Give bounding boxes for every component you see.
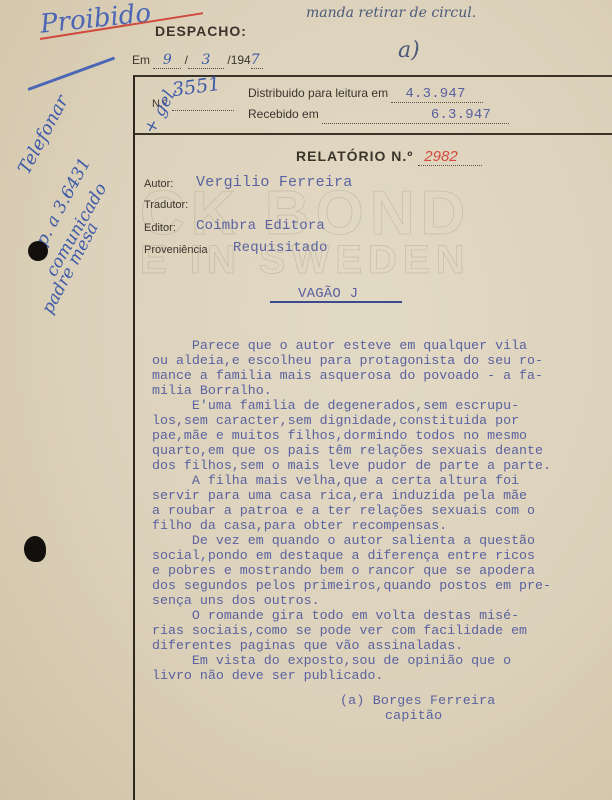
signature-name: (a) Borges Ferreira: [340, 693, 495, 708]
body-line: social,pondo em destaque a diferença ent…: [152, 548, 535, 563]
tradutor-label: Tradutor:: [144, 199, 188, 211]
body-line: servir para uma casa rica,era induzida p…: [152, 488, 527, 503]
recebido-date: 6.3.947: [431, 107, 491, 123]
body-line: livro não deve ser publicado.: [152, 668, 383, 683]
relatorio-number: 2982: [418, 148, 457, 165]
document-page: CK BOND E IN SWEDEN DESPACHO: Em 9 /3 /1…: [0, 0, 612, 800]
book-title-underline: [270, 301, 402, 303]
despacho-year-suffix: 7: [251, 52, 260, 68]
book-title: VAGÃO J: [298, 286, 358, 302]
em-label: Em: [132, 53, 150, 67]
despacho-date: Em 9 /3 /1947: [132, 52, 263, 69]
body-line: dos segundos pelos primeiros,quando post…: [152, 578, 551, 593]
form-rule-mid: [133, 133, 612, 135]
despacho-day: 9: [163, 52, 172, 68]
autor-label: Autor:: [144, 178, 173, 190]
body-line: e pobres e mostrando bem o rancor que se…: [152, 563, 535, 578]
despacho-label: DESPACHO:: [155, 23, 247, 39]
body-line: A filha mais velha,que a certa altura fo…: [152, 473, 519, 488]
handwritten-proibido: Proibido: [39, 0, 153, 40]
body-line: a roubar a patroa e a ter relações sexua…: [152, 503, 535, 518]
despacho-year-prefix: 194: [231, 53, 251, 67]
signature-rank: capitão: [385, 708, 442, 723]
body-line: pae,mãe e muitos filhos,dormindo todos n…: [152, 428, 527, 443]
body-line: filho da casa,para obter recompensas.: [152, 518, 447, 533]
distribuido-row: Distribuido para leitura em 4.3.947: [248, 86, 483, 103]
proveniencia-label: Proveniência: [144, 244, 208, 256]
recebido-label: Recebido em: [248, 107, 319, 121]
handwritten-margin-line-1: Telefonar: [14, 92, 73, 178]
recebido-row: Recebido em 6.3.947: [248, 107, 509, 124]
body-line: O romande gira todo em volta destas misé…: [152, 608, 519, 623]
punch-hole-top: [28, 241, 48, 261]
body-line: rias sociais,como se pode ver com facili…: [152, 623, 527, 638]
distribuido-date: 4.3.947: [405, 86, 465, 102]
body-line: milia Borralho.: [152, 383, 272, 398]
body-line: ou aldeia,e escolheu para protagonista d…: [152, 353, 543, 368]
body-line: Em vista do exposto,sou de opinião que o: [152, 653, 511, 668]
proveniencia-value: Requisitado: [233, 240, 328, 256]
body-line: E'uma familia de degenerados,sem escrupu…: [152, 398, 519, 413]
despacho-month: 3: [202, 52, 211, 68]
form-rule-left: [133, 76, 135, 800]
body-line: De vez em quando o autor salienta a ques…: [152, 533, 535, 548]
punch-hole-bottom: [24, 536, 46, 562]
relatorio-title: RELATÓRIO N.º 2982: [296, 148, 482, 166]
numero-line: [172, 110, 234, 111]
handwritten-top-right: manda retirar de circul.: [306, 5, 476, 21]
body-line: quarto,em que os pais têm relações sexua…: [152, 443, 543, 458]
body-line: sença uns dos outros.: [152, 593, 320, 608]
distribuido-label: Distribuido para leitura em: [248, 86, 388, 100]
body-line: mance a familia mais asquerosa do povoad…: [152, 368, 543, 383]
editor-label: Editor:: [144, 222, 176, 234]
editor-value: Coimbra Editora: [196, 218, 325, 234]
handwritten-initials: a): [398, 38, 420, 63]
blue-arrow-stroke: [28, 57, 115, 91]
body-line: dos filhos,sem o mais leve pudor de part…: [152, 458, 551, 473]
body-line: los,sem caracter,sem dignidade,constitui…: [152, 413, 519, 428]
relatorio-label: RELATÓRIO N.º: [296, 148, 413, 164]
body-line: diferentes paginas que vão assinaladas.: [152, 638, 463, 653]
body-line: Parece que o autor esteve em qualquer vi…: [152, 338, 527, 353]
autor-value: Vergilio Ferreira: [196, 174, 352, 191]
